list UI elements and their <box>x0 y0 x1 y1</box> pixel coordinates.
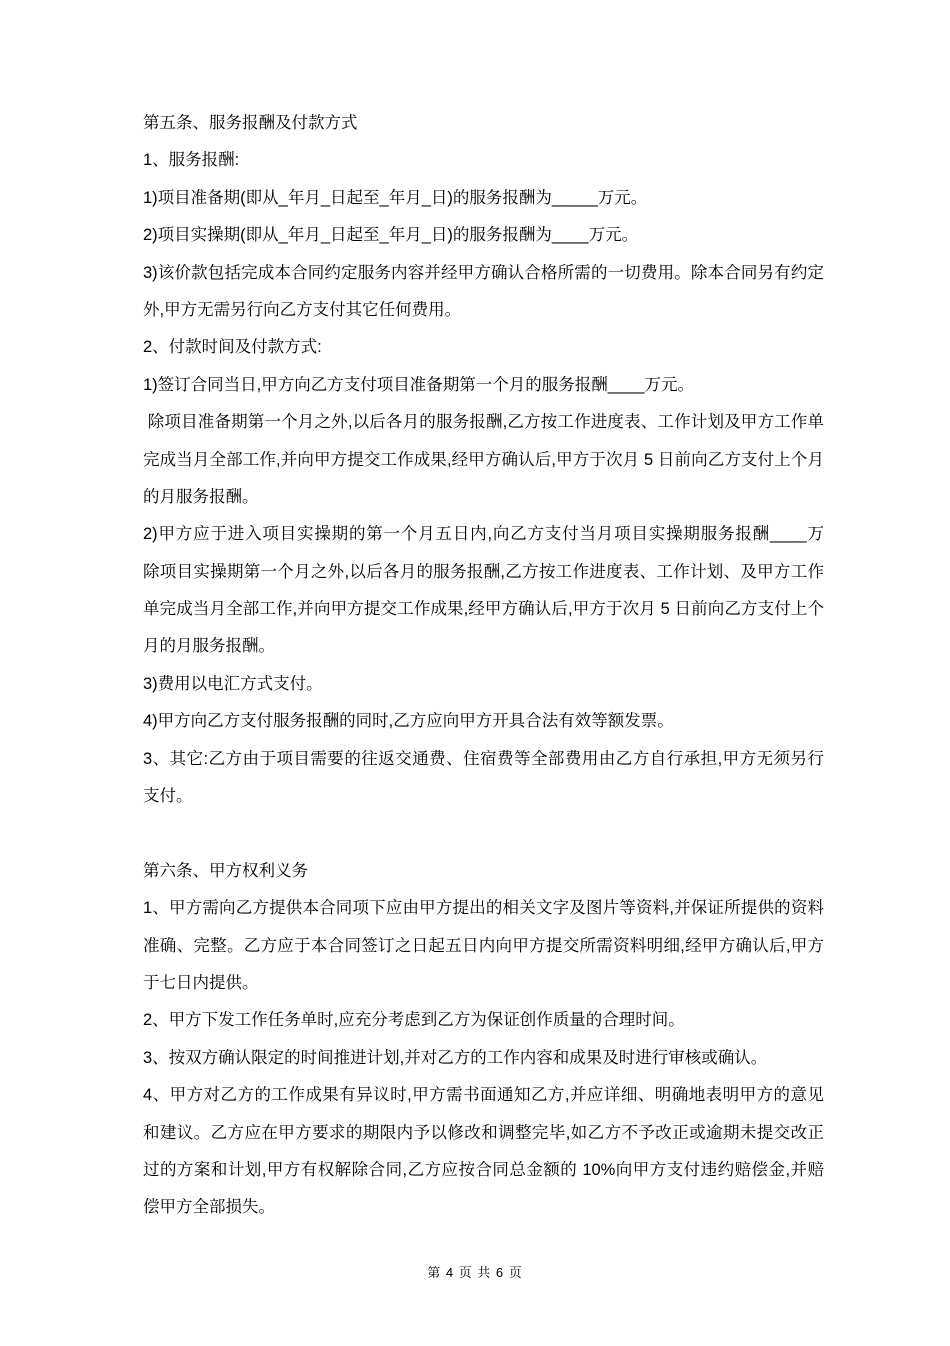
paragraph-line: 和建议。乙方应在甲方要求的期限内予以修改和调整完毕,如乙方不予改正或逾期未提交改… <box>143 1115 824 1152</box>
section-heading: 第五条、服务报酬及付款方式 <box>143 105 824 142</box>
paragraph-line: 2)甲方应于进入项目实操期的第一个月五日内,向乙方支付当月项目实操期服务报酬__… <box>143 516 824 553</box>
page-footer: 第 4 页 共 6 页 <box>0 1262 950 1281</box>
paragraph-line: 3)该价款包括完成本合同约定服务内容并经甲方确认合格所需的一切费用。除本合同另有… <box>143 255 824 292</box>
paragraph-line: 1、服务报酬: <box>143 142 824 179</box>
paragraph-line: 3、按双方确认限定的时间推进计划,并对乙方的工作内容和成果及时进行审核或确认。 <box>143 1040 824 1077</box>
paragraph-line: 月的月服务报酬。 <box>143 628 824 665</box>
blank-line <box>143 815 824 852</box>
section-heading: 第六条、甲方权利义务 <box>143 853 824 890</box>
document-body: 第五条、服务报酬及付款方式1、服务报酬:1)项目准备期(即从_年月_日起至_年月… <box>143 105 824 1227</box>
page: { "page": { "background": "#ffffff", "te… <box>0 0 950 1346</box>
paragraph-line: 2、甲方下发工作任务单时,应充分考虑到乙方为保证创作质量的合理时间。 <box>143 1002 824 1039</box>
paragraph-line: 1)签订合同当日,甲方向乙方支付项目准备期第一个月的服务报酬____万元。 <box>143 367 824 404</box>
paragraph-line: 2、付款时间及付款方式: <box>143 329 824 366</box>
paragraph-line: 单完成当月全部工作,并向甲方提交工作成果,经甲方确认后,甲方于次月 5 日前向乙… <box>143 591 824 628</box>
paragraph-line: 3)费用以电汇方式支付。 <box>143 666 824 703</box>
paragraph-line: 完成当月全部工作,并向甲方提交工作成果,经甲方确认后,甲方于次月 5 日前向乙方… <box>143 442 824 479</box>
paragraph-line: 偿甲方全部损失。 <box>143 1189 824 1226</box>
paragraph-line: 过的方案和计划,甲方有权解除合同,乙方应按合同总金额的 10%向甲方支付违约赔偿… <box>143 1152 824 1189</box>
paragraph-line: 1、甲方需向乙方提供本合同项下应由甲方提出的相关文字及图片等资料,并保证所提供的… <box>143 890 824 927</box>
paragraph-line: 于七日内提供。 <box>143 965 824 1002</box>
page-number-indicator: 第 4 页 共 6 页 <box>427 1265 523 1280</box>
paragraph-line: 外,甲方无需另行向乙方支付其它任何费用。 <box>143 292 824 329</box>
paragraph-line: 3、其它:乙方由于项目需要的往返交通费、住宿费等全部费用由乙方自行承担,甲方无须… <box>143 741 824 778</box>
paragraph-line: 1)项目准备期(即从_年月_日起至_年月_日)的服务报酬为_____万元。 <box>143 180 824 217</box>
paragraph-line: 除项目实操期第一个月之外,以后各月的服务报酬,乙方按工作进度表、工作计划、及甲方… <box>143 554 824 591</box>
paragraph-line: 的月服务报酬。 <box>143 479 824 516</box>
paragraph-line: 准确、完整。乙方应于本合同签订之日起五日内向甲方提交所需资料明细,经甲方确认后,… <box>143 928 824 965</box>
paragraph-line: 支付。 <box>143 778 824 815</box>
paragraph-line: 2)项目实操期(即从_年月_日起至_年月_日)的服务报酬为____万元。 <box>143 217 824 254</box>
paragraph-line: 除项目准备期第一个月之外,以后各月的服务报酬,乙方按工作进度表、工作计划及甲方工… <box>143 404 824 441</box>
paragraph-line: 4、甲方对乙方的工作成果有异议时,甲方需书面通知乙方,并应详细、明确地表明甲方的… <box>143 1077 824 1114</box>
paragraph-line: 4)甲方向乙方支付服务报酬的同时,乙方应向甲方开具合法有效等额发票。 <box>143 703 824 740</box>
